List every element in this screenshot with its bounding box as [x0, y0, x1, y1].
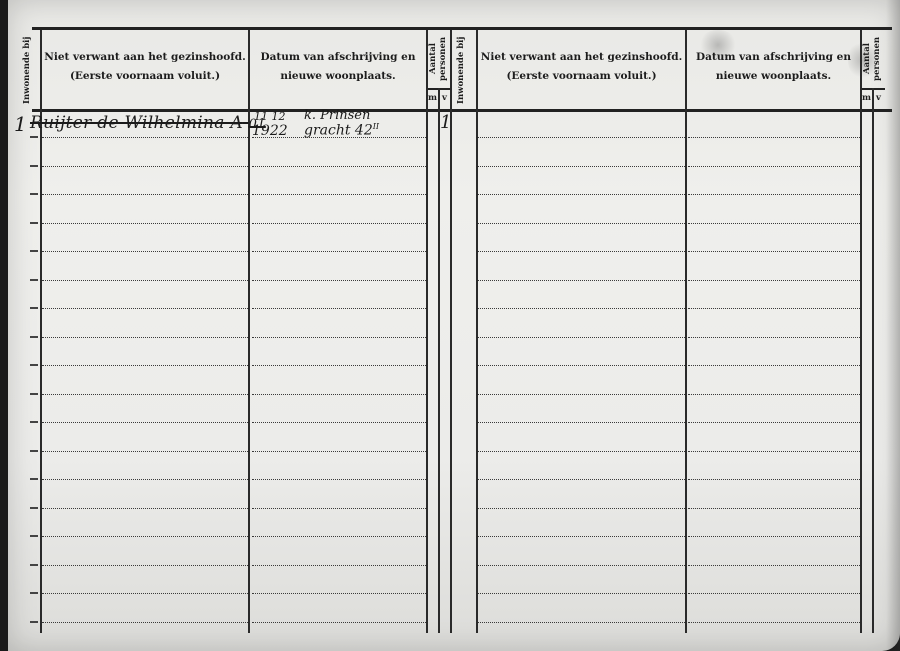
- row-line: [688, 422, 860, 423]
- col-line-aantal-start-right: [860, 30, 862, 633]
- row-line: [42, 394, 248, 395]
- row-tick: [30, 165, 38, 167]
- row-line: [478, 394, 685, 395]
- row-line: [478, 166, 685, 167]
- row-line: [478, 536, 685, 537]
- col-line-mv-left: [438, 88, 440, 633]
- row-tick: [30, 393, 38, 395]
- row-line: [252, 479, 426, 480]
- row-tick: [30, 193, 38, 195]
- row-line: [252, 593, 426, 594]
- row-line: [478, 593, 685, 594]
- row-line: [42, 422, 248, 423]
- header-bottom-border: [32, 109, 892, 112]
- header-aantal-left: Aantal: [428, 32, 438, 86]
- row-line: [42, 479, 248, 480]
- header-personen-left: personen: [438, 32, 448, 86]
- row-line: [478, 308, 685, 309]
- page-edge-shadow: [886, 0, 900, 651]
- row-line: [252, 365, 426, 366]
- row-line: [252, 565, 426, 566]
- row-line: [478, 137, 685, 138]
- row-line: [252, 280, 426, 281]
- header-v-right: v: [873, 93, 884, 103]
- row-line: [42, 565, 248, 566]
- entry-place-line1: k. Prinsen: [304, 108, 370, 123]
- row-line: [252, 166, 426, 167]
- row-line: [688, 508, 860, 509]
- row-line: [252, 422, 426, 423]
- row-tick: [30, 621, 38, 623]
- row-line: [252, 536, 426, 537]
- row-line: [42, 308, 248, 309]
- row-line: [42, 337, 248, 338]
- row-line: [478, 508, 685, 509]
- row-line: [42, 508, 248, 509]
- row-line: [42, 451, 248, 452]
- row-tick: [30, 336, 38, 338]
- entry-date-line1: 11 12: [254, 110, 286, 123]
- row-line: [688, 280, 860, 281]
- row-line: [42, 365, 248, 366]
- row-line: [478, 223, 685, 224]
- row-line: [478, 280, 685, 281]
- header-datum-left-line2: nieuwe woonplaats.: [250, 64, 426, 88]
- row-line: [478, 565, 685, 566]
- entry-aantal-v: 1: [440, 112, 451, 133]
- row-line: [252, 451, 426, 452]
- row-line: [688, 365, 860, 366]
- row-line: [42, 593, 248, 594]
- row-line: [688, 137, 860, 138]
- row-line: [688, 394, 860, 395]
- row-tick: [30, 307, 38, 309]
- row-line: [42, 622, 248, 623]
- row-tick: [30, 421, 38, 423]
- row-tick: [30, 222, 38, 224]
- entry-number: 1: [14, 112, 27, 136]
- header-personen-right: personen: [872, 32, 882, 86]
- row-line: [252, 508, 426, 509]
- entry-place-floor: II: [373, 122, 379, 131]
- row-line: [688, 251, 860, 252]
- header-niet-verwant-right-line2: (Eerste voornaam voluit.): [478, 64, 685, 88]
- entry-place-line2: gracht 42II: [304, 122, 379, 139]
- row-tick: [30, 564, 38, 566]
- row-line: [478, 422, 685, 423]
- col-line-name-date-right: [685, 30, 687, 633]
- header-m-right: m: [861, 93, 872, 103]
- row-line: [688, 479, 860, 480]
- row-line: [478, 337, 685, 338]
- row-line: [688, 166, 860, 167]
- header-inwonende-bij-right: Inwonende bij: [456, 32, 472, 108]
- row-tick: [30, 507, 38, 509]
- header-niet-verwant-left-line2: (Eerste voornaam voluit.): [42, 64, 248, 88]
- col-line-aantal-start-left: [426, 30, 428, 633]
- row-line: [478, 251, 685, 252]
- row-line: [252, 337, 426, 338]
- row-line: [688, 451, 860, 452]
- entry-date-line2: 1922: [252, 123, 288, 139]
- row-line: [688, 194, 860, 195]
- row-line: [688, 308, 860, 309]
- register-card: Inwonende bij Niet verwant aan het gezin…: [8, 0, 900, 651]
- header-datum-right-line2: nieuwe woonplaats.: [687, 64, 860, 88]
- row-line: [252, 622, 426, 623]
- row-line: [42, 536, 248, 537]
- row-line: [252, 394, 426, 395]
- row-line: [42, 251, 248, 252]
- row-tick: [30, 364, 38, 366]
- row-line: [688, 223, 860, 224]
- row-line: [42, 223, 248, 224]
- row-line: [252, 308, 426, 309]
- row-tick: [30, 450, 38, 452]
- row-line: [478, 365, 685, 366]
- row-tick: [30, 250, 38, 252]
- row-line: [688, 337, 860, 338]
- entry-name: Ruijter de Wilhelmina A 01: [30, 113, 266, 133]
- row-line: [478, 622, 685, 623]
- header-inwonende-bij-left: Inwonende bij: [22, 32, 36, 108]
- row-tick: [30, 478, 38, 480]
- row-line: [42, 194, 248, 195]
- entry-place-street: gracht 42: [304, 123, 373, 139]
- header-v-left: v: [439, 93, 450, 103]
- row-tick: [30, 592, 38, 594]
- row-line: [252, 194, 426, 195]
- row-line: [252, 223, 426, 224]
- row-line: [478, 194, 685, 195]
- header-aantal-right: Aantal: [862, 32, 872, 86]
- row-line: [688, 593, 860, 594]
- row-line: [42, 280, 248, 281]
- row-tick: [30, 279, 38, 281]
- header-m-left: m: [427, 93, 438, 103]
- row-line: [688, 536, 860, 537]
- row-line: [478, 451, 685, 452]
- row-line: [42, 166, 248, 167]
- entry-name-text: Ruijter de Wilhelmina A: [30, 113, 243, 133]
- row-line: [252, 251, 426, 252]
- col-line-mv-right: [872, 88, 874, 633]
- col-line-inwonende-right: [476, 30, 478, 633]
- row-line: [42, 137, 248, 138]
- header-top-border: [32, 27, 892, 30]
- row-line: [688, 565, 860, 566]
- row-tick: [30, 136, 38, 138]
- row-tick: [30, 535, 38, 537]
- row-line: [478, 479, 685, 480]
- row-line: [688, 622, 860, 623]
